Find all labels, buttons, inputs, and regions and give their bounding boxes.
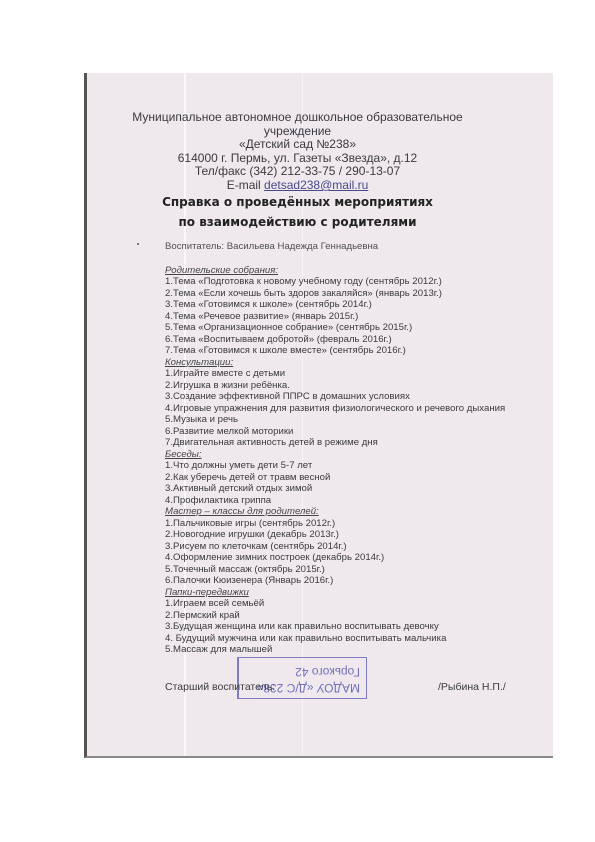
list-item: 3.Будущая женщина или как правильно восп… bbox=[165, 621, 505, 633]
teacher-name: Воспитатель: Васильева Надежда Геннадьев… bbox=[165, 241, 505, 253]
list-item: 2.Пермский край bbox=[165, 610, 505, 622]
list-item: 4.Игровые упражнения для развития физиол… bbox=[165, 403, 505, 415]
signature-name: /Рыбина Н.П./ bbox=[438, 681, 506, 693]
list-item: 2.Игрушка в жизни ребёнка. bbox=[165, 380, 505, 392]
document-title: Справка о проведённых мероприятиях по вз… bbox=[0, 192, 595, 232]
stamp-line-2: Горького 42 bbox=[245, 664, 360, 680]
list-item: 2.Как уберечь детей от травм весной bbox=[165, 472, 505, 484]
list-item: 3.Активный детский отдых зимой bbox=[165, 483, 505, 495]
list-item: 7.Тема «Готовимся к школе вместе» (сентя… bbox=[165, 345, 505, 357]
section-title: Родительские собрания: bbox=[165, 265, 505, 277]
list-item: 3.Тема «Готовимся к школе» (сентябрь 201… bbox=[165, 299, 505, 311]
org-name: «Детский сад №238» bbox=[0, 138, 595, 152]
address: 614000 г. Пермь, ул. Газеты «Звезда», д.… bbox=[0, 152, 595, 166]
list-item: 1.Играйте вместе с детьми bbox=[165, 368, 505, 380]
list-item: 6.Развитие мелкой моторики bbox=[165, 426, 505, 438]
list-item: 1.Играем всей семьёй bbox=[165, 598, 505, 610]
section-title: Папки-передвижки bbox=[165, 587, 505, 599]
list-item: 1.Тема «Подготовка к новому учебному год… bbox=[165, 276, 505, 288]
list-item: 4. Будущий мужчина или как правильно вос… bbox=[165, 633, 505, 645]
section-title: Консультации: bbox=[165, 357, 505, 369]
org-line-2: учреждение bbox=[0, 125, 595, 139]
list-item: 2.Тема «Если хочешь быть здоров закаляйс… bbox=[165, 288, 505, 300]
scan-speck bbox=[137, 243, 139, 245]
list-item: 6.Тема «Воспитываем добротой» (февраль 2… bbox=[165, 334, 505, 346]
title-line-2: по взаимодействию с родителями bbox=[0, 212, 595, 232]
list-item: 4.Профилактика гриппа bbox=[165, 495, 505, 507]
list-item: 5.Тема «Организационное собрание» (сентя… bbox=[165, 322, 505, 334]
section-title: Мастер – классы для родителей: bbox=[165, 506, 505, 518]
document-body: Воспитатель: Васильева Надежда Геннадьев… bbox=[165, 241, 505, 656]
title-line-1: Справка о проведённых мероприятиях bbox=[0, 192, 595, 212]
sections-list: Родительские собрания:1.Тема «Подготовка… bbox=[165, 265, 505, 656]
letterhead: Муниципальное автономное дошкольное обра… bbox=[0, 111, 595, 193]
phone: Тел/факс (342) 212-33-75 / 290-13-07 bbox=[0, 165, 595, 179]
email-label: E-mail bbox=[227, 178, 264, 192]
list-item: 5.Музыка и речь bbox=[165, 414, 505, 426]
list-item: 1.Что должны уметь дети 5-7 лет bbox=[165, 460, 505, 472]
list-item: 6.Палочки Кюизенера (Январь 2016г.) bbox=[165, 575, 505, 587]
list-item: 3.Создание эффективной ППРС в домашних у… bbox=[165, 391, 505, 403]
list-item: 1.Пальчиковые игры (сентябрь 2012г.) bbox=[165, 518, 505, 530]
email-link[interactable]: detsad238@mail.ru bbox=[264, 178, 368, 192]
list-item: 5.Точечный массаж (октябрь 2015г.) bbox=[165, 564, 505, 576]
org-line-1: Муниципальное автономное дошкольное обра… bbox=[0, 111, 595, 125]
list-item: 7.Двигательная активность детей в режиме… bbox=[165, 437, 505, 449]
signature-label: Старший воспитатель: bbox=[165, 681, 275, 693]
list-item: 3.Рисуем по клеточкам (сентябрь 2014г.) bbox=[165, 541, 505, 553]
list-item: 4.Оформление зимних построек (декабрь 20… bbox=[165, 552, 505, 564]
list-item: 4.Тема «Речевое развитие» (январь 2015г.… bbox=[165, 311, 505, 323]
section-title: Беседы: bbox=[165, 449, 505, 461]
email-line: E-mail detsad238@mail.ru bbox=[0, 179, 595, 193]
list-item: 5.Массаж для малышей bbox=[165, 644, 505, 656]
list-item: 2.Новогодние игрушки (декабрь 2013г.) bbox=[165, 529, 505, 541]
